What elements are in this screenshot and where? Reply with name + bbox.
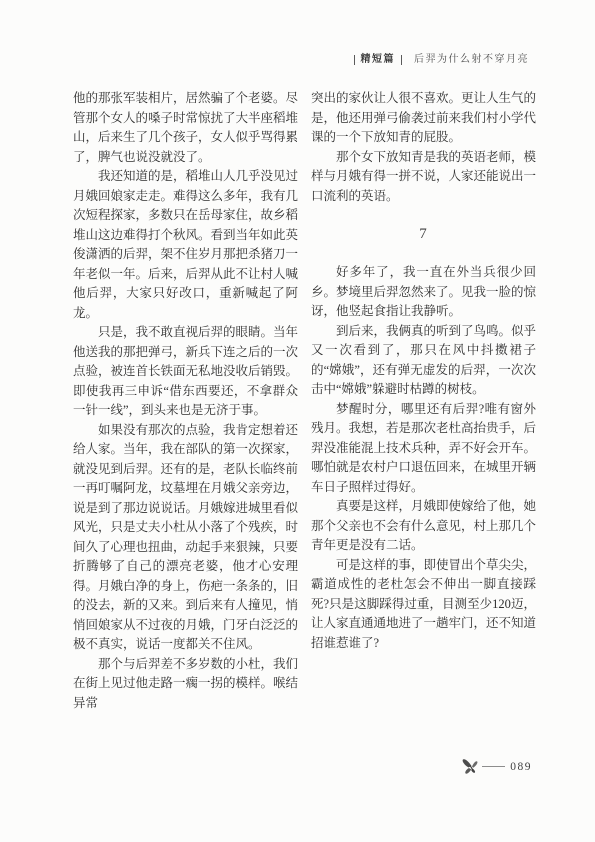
header-divider-right [401, 55, 402, 65]
body-paragraph: 如果没有那次的点验，我肯定想着还给人家。当年，我在部队的第一次探家，就没见到后羿… [73, 421, 298, 655]
running-head: 精短篇 后羿为什么射不穿月亮 [348, 54, 530, 66]
left-column: 他的那张军装相片，居然骗了个老婆。尽管那个女人的嗓子时常惊扰了大半座稻堆山，后来… [73, 89, 298, 713]
body-paragraph: 梦醒时分，哪里还有后羿?唯有窗外残月。我想，若是那次老杜高抬贵手，后羿没准能混上… [311, 400, 536, 498]
section-number: 7 [311, 206, 536, 263]
body-paragraph: 到后来，我俩真的听到了鸟鸣。似乎又一次看到了，那只在风中抖擞裙子的“嫦娥”，还有… [311, 322, 536, 400]
page-footer: 089 [461, 757, 532, 776]
right-column: 突出的家伙让人很不喜欢。更让人生气的是，他还用弹弓偷袭过前来我们村小学代课的一个… [311, 89, 536, 713]
section-label: 精短篇 [361, 54, 396, 66]
body-paragraph: 那个与后羿差不多岁数的小杜，我们在街上见过他走路一瘸一拐的模样。喉结异常 [73, 655, 298, 714]
body-paragraph: 那个女下放知青是我的英语老师，模样与月娥有得一拼不说，人家还能说出一口流利的英语… [311, 148, 536, 207]
body-paragraph: 好多年了，我一直在外当兵很少回乡。梦境里后羿忽然来了。见我一脸的惊讶，他竖起食指… [311, 263, 536, 322]
body-paragraph: 我还知道的是，稻堆山人几乎没见过月娥回娘家走走。难得这么多年，我有几次短程探家，… [73, 167, 298, 323]
book-page: 精短篇 后羿为什么射不穿月亮 他的那张军装相片，居然骗了个老婆。尽管那个女人的嗓… [0, 0, 595, 842]
body-paragraph: 突出的家伙让人很不喜欢。更让人生气的是，他还用弹弓偷袭过前来我们村小学代课的一个… [311, 89, 536, 148]
header-divider-left [354, 55, 355, 65]
butterfly-ornament-icon [461, 757, 478, 776]
body-paragraph: 只是，我不敢直视后羿的眼睛。当年他送我的那把弹弓，新兵下连之后的一次点验，被连首… [73, 323, 298, 421]
chapter-title: 后羿为什么射不穿月亮 [414, 54, 529, 66]
body-paragraph: 真要是这样，月娥即使嫁给了他，她那个父亲也不会有什么意见，村上那几个青年更是没有… [311, 497, 536, 556]
body-paragraph: 可是这样的事，即使冒出个草尖尖，霸道成性的老杜怎会不伸出一脚直接踩死?只是这脚踩… [311, 556, 536, 654]
body-paragraph: 他的那张军装相片，居然骗了个老婆。尽管那个女人的嗓子时常惊扰了大半座稻堆山，后来… [73, 89, 298, 167]
page-number: 089 [510, 761, 532, 773]
footer-rule [482, 766, 505, 767]
text-columns: 他的那张军装相片，居然骗了个老婆。尽管那个女人的嗓子时常惊扰了大半座稻堆山，后来… [73, 89, 536, 713]
